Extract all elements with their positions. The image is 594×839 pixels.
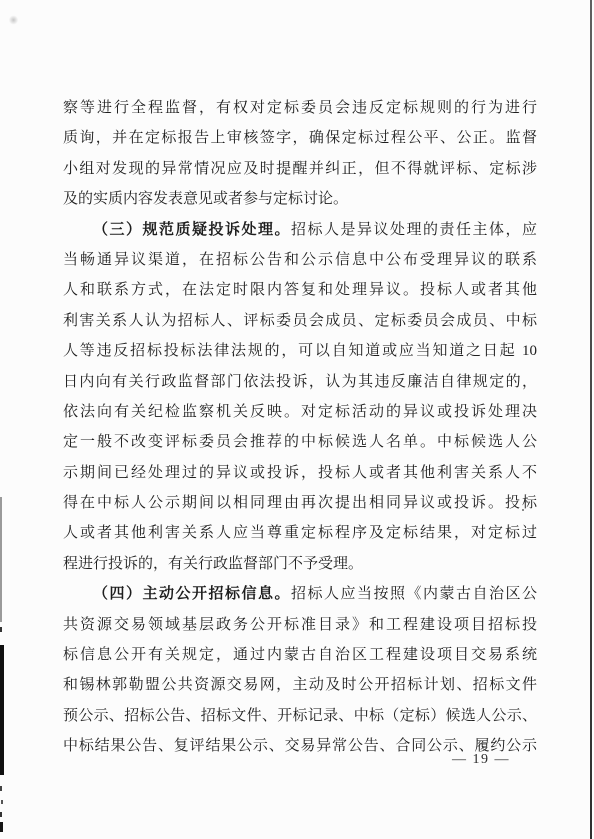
text-line: 质询，并在定标报告上审核签字，确保定标过程公平、公正。监督 [63, 123, 537, 153]
scan-artifact-dash [0, 822, 3, 832]
text-line: 人等违反招标投标法律法规的，可以自知道或应当知道之日起 10 [63, 336, 537, 366]
text-line-section-heading: （三）规范质疑投诉处理。招标人是异议处理的责任主体，应 [63, 215, 537, 245]
document-text-block: 察等进行全程监督，有权对定标委员会违反定标规则的行为进行 质询，并在定标报告上审… [63, 93, 537, 762]
page-number: — 19 — [452, 752, 542, 768]
text-line: 察等进行全程监督，有权对定标委员会违反定标规则的行为进行 [63, 93, 537, 123]
text-line: 及的实质内容发表意见或者参与定标讨论。 [63, 184, 537, 214]
text-line: 标信息公开有关规定，通过内蒙古自治区工程建设项目交易系统 [63, 640, 537, 670]
scan-edge-line-right [590, 0, 592, 839]
text-line: 人和联系方式，在法定时限内答复和处理异议。投标人或者其他 [63, 275, 537, 305]
section-body-text: 招标人应当按照《内蒙古自治区公 [291, 586, 537, 602]
scan-edge-line-left [0, 497, 2, 622]
section-body-text: 招标人是异议处理的责任主体，应 [291, 222, 537, 238]
text-line: 得在中标人公示期间以相同理由再次提出相同异议或投诉。投标 [63, 488, 537, 518]
text-line: 共资源交易领域基层政务公开标准目录》和工程建设项目招标投 [63, 610, 537, 640]
scan-artifact-dash [0, 812, 2, 817]
text-line: 小组对发现的异常情况应及时提醒并纠正，但不得就评标、定标涉 [63, 154, 537, 184]
text-line: 预公示、招标公告、招标文件、开标记录、中标（定标）候选人公示、 [63, 701, 537, 731]
text-line: 定一般不改变评标委员会推荐的中标候选人名单。中标候选人公 [63, 427, 537, 457]
scan-artifact-black-bar [0, 645, 4, 775]
text-line: 依法向有关纪检监察机关反映。对定标活动的异议或投诉处理决 [63, 397, 537, 427]
scan-artifact-tick [0, 627, 2, 632]
text-line: 和锡林郭勒盟公共资源交易网，主动及时公开招标计划、招标文件 [63, 670, 537, 700]
section-heading-bold: （四）主动公开招标信息。 [93, 586, 291, 602]
text-line: 示期间已经处理过的异议或投诉，投标人或者其他利害关系人不 [63, 458, 537, 488]
section-heading-bold: （三）规范质疑投诉处理。 [93, 222, 291, 238]
text-line: 利害关系人认为招标人、评标委员会成员、定标委员会成员、中标 [63, 306, 537, 336]
scan-artifact-dash [0, 786, 2, 791]
scan-artifact-dash [1, 800, 3, 804]
text-line: 程进行投诉的，有关行政监督部门不予受理。 [63, 549, 537, 579]
scan-artifact-smudge [9, 15, 18, 25]
text-line-section-heading: （四）主动公开招标信息。招标人应当按照《内蒙古自治区公 [63, 579, 537, 609]
text-line: 日内向有关行政监督部门依法投诉，认为其违反廉洁自律规定的， [63, 367, 537, 397]
text-line: 人或者其他利害关系人应当尊重定标程序及定标结果，对定标过 [63, 518, 537, 548]
text-line: 当畅通异议渠道，在招标公告和公示信息中公布受理异议的联系 [63, 245, 537, 275]
